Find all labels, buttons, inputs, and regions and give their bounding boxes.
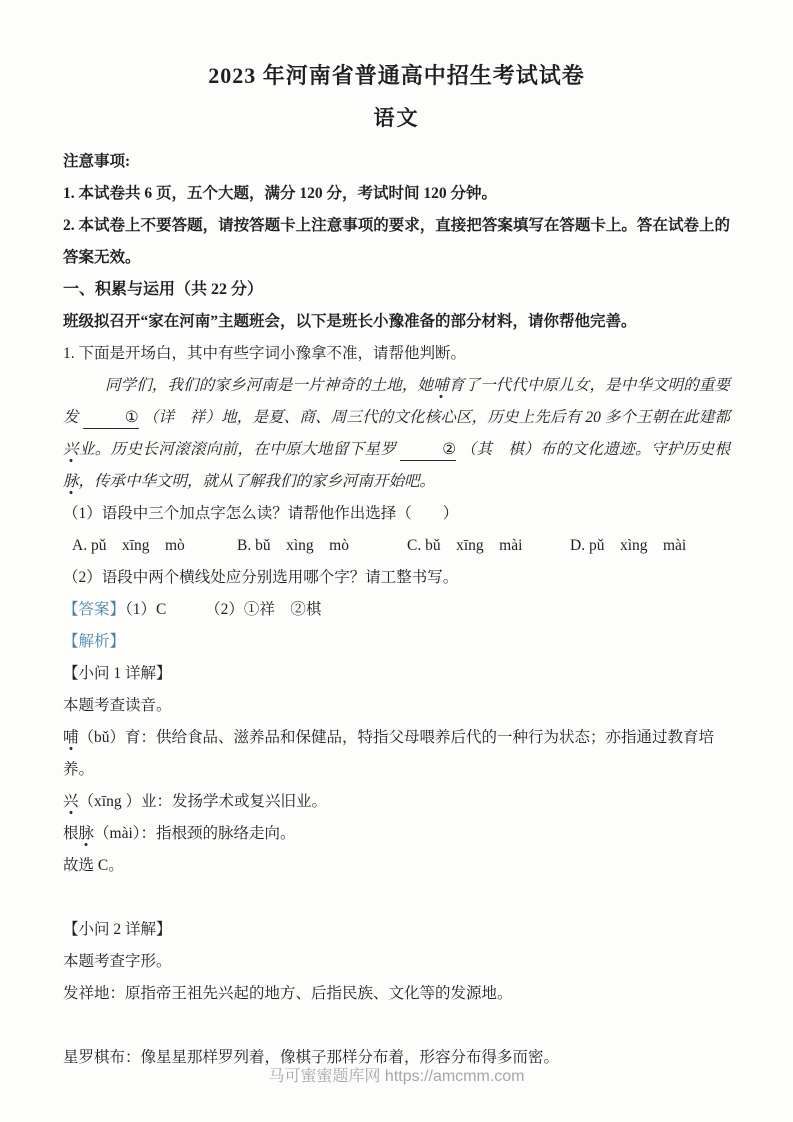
text-run: 本题考查读音。: [63, 697, 172, 714]
exam-document-page: { "header": { "title": "2023 年河南省普通高中招生考…: [0, 0, 793, 1122]
analysis-line: 哺（bǔ）育：供给食品、滋养品和保健品，特指父母喂养后代的一种行为状态；亦指通过…: [63, 722, 730, 786]
emphasized-char: 兴: [63, 793, 79, 810]
emphasized-char: 哺: [433, 377, 449, 394]
notice-heading: 注意事项:: [63, 146, 730, 178]
subject-title: 语文: [63, 104, 730, 132]
analysis-line: 兴（xīng ）业：发扬学术或复兴旧业。: [63, 786, 730, 818]
option-c: C. bǔ xīng mài: [407, 530, 570, 562]
text-run: （其 棋）布的文化遗迹。守护历史根: [460, 441, 730, 458]
blank-underline: ②: [400, 440, 456, 461]
text-run: 同学们，我们的家乡河南是一片神奇的土地，她: [105, 377, 433, 394]
answer-label: 【答案】: [63, 601, 125, 618]
option-b: B. bǔ xìng mò: [237, 530, 407, 562]
question-1-2-stem: （2）语段中两个横线处应分别选用哪个字？请工整书写。: [63, 562, 730, 594]
footer-watermark: 马可蜜蜜题库网 https://amcmm.com: [0, 1063, 793, 1086]
option-a: A. pǔ xīng mò: [72, 530, 237, 562]
text-run: （详 祥）地，是夏、商、周三代的文化核心区，历史上先后有 20 多个王朝在此建都: [143, 409, 730, 426]
text-run: 根: [63, 825, 79, 842]
analysis-line: 本题考查字形。: [63, 946, 730, 978]
section-intro: 班级拟召开“家在河南”主题班会，以下是班长小豫准备的部分材料，请你帮他完善。: [63, 306, 730, 338]
question-1-stem: 1. 下面是开场白，其中有些字词小豫拿不准，请帮他判断。: [63, 338, 730, 370]
blank-underline: ①: [83, 408, 139, 429]
text-run: 业。历史长河滚滚向前，在中原大地留下星罗: [79, 441, 396, 458]
answer-text: （1）C （2）①祥 ②棋: [125, 601, 321, 618]
document: 2023 年河南省普通高中招生考试试卷 语文 注意事项: 1. 本试卷共 6 页…: [0, 0, 793, 1074]
sub1-heading: 【小问 1 详解】: [63, 658, 730, 690]
document-title: 2023 年河南省普通高中招生考试试卷: [63, 62, 730, 90]
answer-line: 【答案】（1）C （2）①祥 ②棋: [63, 594, 730, 626]
text-run: 本题考查字形。: [63, 953, 172, 970]
emphasized-char: 兴: [63, 441, 79, 458]
emphasized-char: 脉: [79, 825, 95, 842]
notice-item-1: 1. 本试卷共 6 页，五个大题，满分 120 分，考试时间 120 分钟。: [63, 178, 730, 210]
sub2-heading: 【小问 2 详解】: [63, 914, 730, 946]
text-run: （bǔ）育：供给食品、滋养品和保健品，特指父母喂养后代的一种行为状态；亦指通过教…: [63, 729, 714, 778]
text-run: 故选 C。: [63, 857, 124, 874]
option-d: D. pǔ xìng mài: [570, 530, 686, 562]
analysis-label: 【解析】: [63, 633, 125, 650]
analysis-line: 本题考查读音。: [63, 690, 730, 722]
analysis-line: 发祥地：原指帝王祖先兴起的地方、后指民族、文化等的发源地。: [63, 978, 730, 1010]
text-run: ，传承中华文明，就从了解我们的家乡河南开始吧。: [79, 473, 436, 490]
analysis-line: 故选 C。: [63, 850, 730, 882]
text-run: 发祥地：原指帝王祖先兴起的地方、后指民族、文化等的发源地。: [63, 985, 513, 1002]
analysis-label-line: 【解析】: [63, 626, 730, 658]
sub1-analysis-body: 本题考查读音。哺（bǔ）育：供给食品、滋养品和保健品，特指父母喂养后代的一种行为…: [63, 690, 730, 882]
emphasized-char: 脉: [63, 473, 79, 490]
sub2-analysis-body: 本题考查字形。发祥地：原指帝王祖先兴起的地方、后指民族、文化等的发源地。星罗棋布…: [63, 946, 730, 1074]
notice-item-2: 2. 本试卷上不要答题，请按答题卡上注意事项的要求，直接把答案填写在答题卡上。答…: [63, 210, 730, 274]
text-run: （mài）：指根颈的脉络走向。: [94, 825, 296, 842]
question-1-1-stem: （1）语段中三个加点字怎么读？请帮他作出选择（ ）: [63, 498, 730, 530]
analysis-line: 根脉（mài）：指根颈的脉络走向。: [63, 818, 730, 850]
section-heading: 一、积累与运用（共 22 分）: [63, 274, 730, 306]
question-1-passage: 同学们，我们的家乡河南是一片神奇的土地，她哺育了一代代中原儿女，是中华文明的重要…: [63, 370, 730, 498]
options-row: A. pǔ xīng mòB. bǔ xìng mòC. bǔ xīng mài…: [63, 530, 730, 562]
text-run: （xīng ）业：发扬学术或复兴旧业。: [79, 793, 327, 810]
emphasized-char: 哺: [63, 729, 79, 746]
